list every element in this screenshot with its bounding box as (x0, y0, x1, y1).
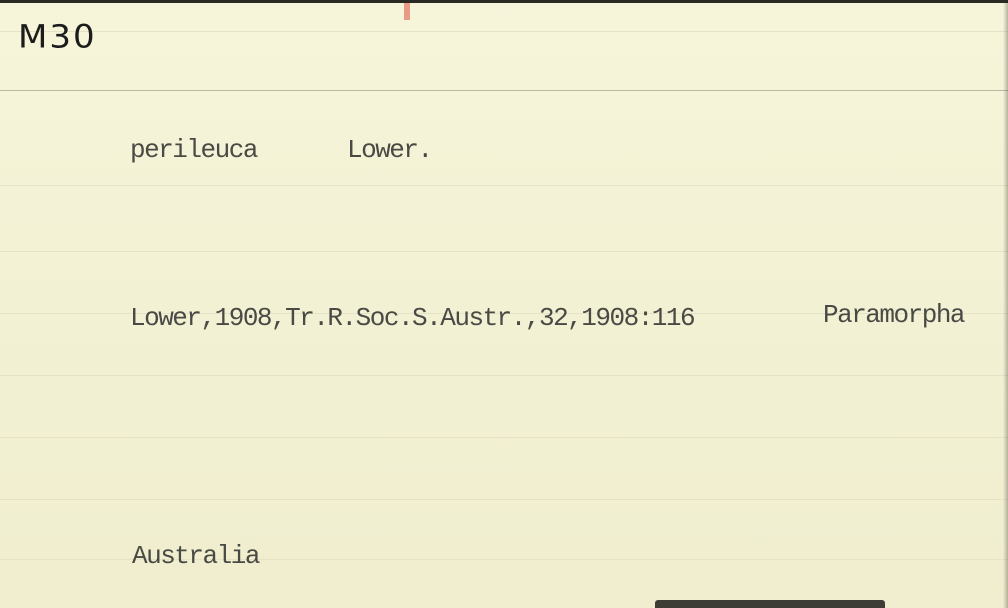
species-name: perileuca (130, 135, 257, 165)
call-number: M30 (18, 18, 97, 56)
ruled-line (0, 185, 1008, 186)
card-right-edge (1003, 3, 1008, 608)
ruled-line (0, 437, 1008, 438)
ruled-line (0, 251, 1008, 252)
card-tab-marker (404, 3, 410, 20)
citation-reference: Lower,1908,Tr.R.Soc.S.Austr.,32,1908:116 (130, 303, 694, 333)
ruled-line (0, 31, 1008, 32)
species-author: Lower. (347, 135, 432, 165)
header-rule (0, 90, 1008, 91)
ruled-line (0, 499, 1008, 500)
ruled-line (0, 375, 1008, 376)
index-card: M30 perileuca Lower. Lower,1908,Tr.R.Soc… (0, 3, 1008, 608)
card-bottom-shadow (655, 600, 885, 608)
citation-genus: Paramorpha (823, 300, 964, 330)
locality: Australia (132, 541, 259, 571)
